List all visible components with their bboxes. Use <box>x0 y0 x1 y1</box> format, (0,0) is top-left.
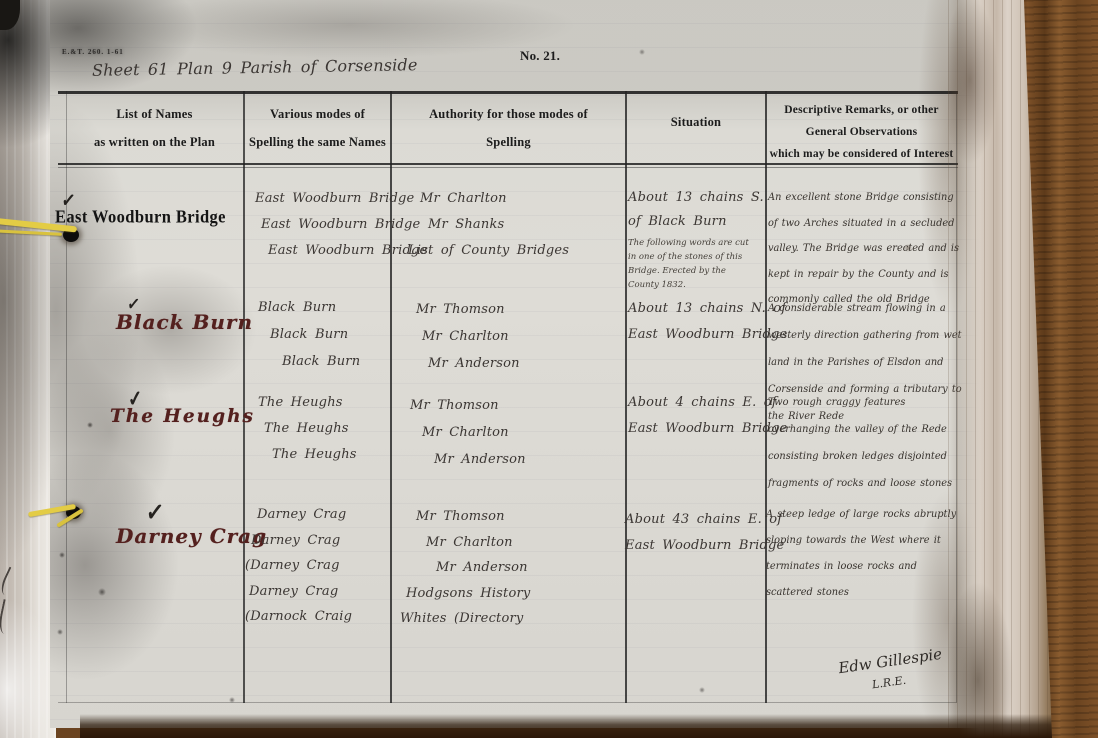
situation-note-line: Bridge. Erected by the <box>628 264 749 278</box>
authority-line: Mr Thomson <box>410 392 526 419</box>
form-stamp: E.&T. 260. 1-61 <box>62 48 124 56</box>
table-bottom-rule <box>58 702 956 703</box>
page-number: No. 21. <box>520 48 560 64</box>
spelling-line: Black Burn <box>270 321 360 348</box>
spelling-line: The Heughs <box>258 390 357 416</box>
situation-line: East Woodburn Bridge <box>628 322 787 348</box>
spelling-line: (Darnock Craig <box>245 604 352 630</box>
situation-line: About 13 chains N. of <box>628 296 787 322</box>
spelling-list: Black Burn Black Burn Black Burn <box>250 294 360 375</box>
authority-line: Mr Charlton <box>422 323 520 350</box>
situation-note-line: The following words are cut <box>628 236 749 250</box>
desk-shadow <box>80 714 1080 738</box>
authority-list: Mr Thomson Mr Charlton Mr Anderson Hodgs… <box>400 504 530 632</box>
table-top-rule <box>58 91 958 94</box>
situation-text: About 13 chains S. of Black Burn <box>628 186 764 234</box>
header-rule-thin <box>58 167 958 168</box>
spelling-line: The Heughs <box>272 442 357 468</box>
spelling-line: Darney Crag <box>249 579 352 605</box>
situation-line: About 43 chains E. of <box>625 507 784 533</box>
situation-line: East Woodburn Bridge <box>625 533 784 559</box>
authority-line: Mr Anderson <box>436 555 530 581</box>
spelling-list: The Heughs The Heughs The Heughs <box>250 390 357 468</box>
spelling-line: East Woodburn Bridge <box>261 212 427 238</box>
column-header-spelling-modes: Various modes of Spelling the same Names <box>245 100 390 156</box>
column-divider <box>66 91 67 703</box>
sheet-plan-parish-line: Sheet 61 Plan 9 Parish of Corsenside <box>92 55 418 80</box>
authority-line: Mr Anderson <box>428 350 520 377</box>
situation-line: About 13 chains S. <box>628 186 764 210</box>
photo-background: { "header": { "stamp": "E.&T. 260. 1-61"… <box>0 0 1098 738</box>
spelling-line: East Woodburn Bridge <box>255 186 427 212</box>
situation-note: The following words are cut in one of th… <box>628 236 749 292</box>
authority-line: Whites (Directory <box>400 606 530 632</box>
spelling-line: (Darney Crag <box>245 553 352 579</box>
spelling-line: Black Burn <box>282 348 360 375</box>
authority-line: Mr Charlton <box>420 186 569 212</box>
situation-line: About 4 chains E. of <box>628 390 787 416</box>
entry-name-east-woodburn-bridge: East Woodburn Bridge <box>55 206 226 227</box>
authority-line: List of County Bridges <box>408 238 569 264</box>
remarks-text: Two rough craggy features overhanging th… <box>768 389 968 497</box>
spelling-line: East Woodburn Bridge <box>268 238 427 264</box>
scanned-page: E.&T. 260. 1-61 Sheet 61 Plan 9 Parish o… <box>50 0 1045 728</box>
entry-name-black-burn: Black Burn <box>116 310 253 334</box>
authority-line: Hodgsons History <box>406 581 530 607</box>
authority-list: Mr Thomson Mr Charlton Mr Anderson <box>408 296 520 377</box>
surveyor-signature: Edw Gillespie <box>837 645 943 677</box>
spelling-line: The Heughs <box>264 416 357 442</box>
authority-line: Mr Charlton <box>426 530 530 556</box>
column-header-names: List of Names as written on the Plan <box>66 100 243 156</box>
spelling-line: Darney Crag <box>251 528 352 554</box>
authority-line: Mr Anderson <box>434 446 526 473</box>
spelling-list: East Woodburn Bridge East Woodburn Bridg… <box>250 186 427 264</box>
situation-line: East Woodburn Bridge <box>628 416 787 442</box>
spelling-line: Black Burn <box>258 294 360 321</box>
column-header-situation: Situation <box>627 115 765 130</box>
authority-list: Mr Thomson Mr Charlton Mr Anderson <box>410 392 526 473</box>
authority-line: Mr Charlton <box>422 419 526 446</box>
situation-text: About 4 chains E. of East Woodburn Bridg… <box>628 390 787 442</box>
column-header-remarks: Descriptive Remarks, or other General Ob… <box>767 99 956 165</box>
column-header-authority: Authority for those modes of Spelling <box>392 100 625 156</box>
remarks-text: An excellent stone Bridge consisting of … <box>768 185 964 313</box>
authority-line: Mr Thomson <box>416 504 530 530</box>
remarks-text: A steep ledge of large rocks abruptly sl… <box>766 502 966 606</box>
situation-note-line: in one of the stones of this <box>628 250 749 264</box>
signature-rank: L.R.E. <box>871 674 907 692</box>
entry-name-the-heughs: The Heughs <box>110 406 255 427</box>
situation-text: About 43 chains E. of East Woodburn Brid… <box>625 507 784 559</box>
spelling-line: Darney Crag <box>257 502 352 528</box>
column-divider <box>390 91 392 703</box>
situation-line: of Black Burn <box>628 210 764 234</box>
authority-line: Mr Shanks <box>428 212 569 238</box>
authority-list: Mr Charlton Mr Shanks List of County Bri… <box>408 186 569 264</box>
column-divider <box>625 91 627 703</box>
situation-note-line: County 1832. <box>628 278 749 292</box>
authority-line: Mr Thomson <box>416 296 520 323</box>
situation-text: About 13 chains N. of East Woodburn Brid… <box>628 296 787 348</box>
spelling-list: Darney Crag Darney Crag (Darney Crag Dar… <box>245 502 352 630</box>
